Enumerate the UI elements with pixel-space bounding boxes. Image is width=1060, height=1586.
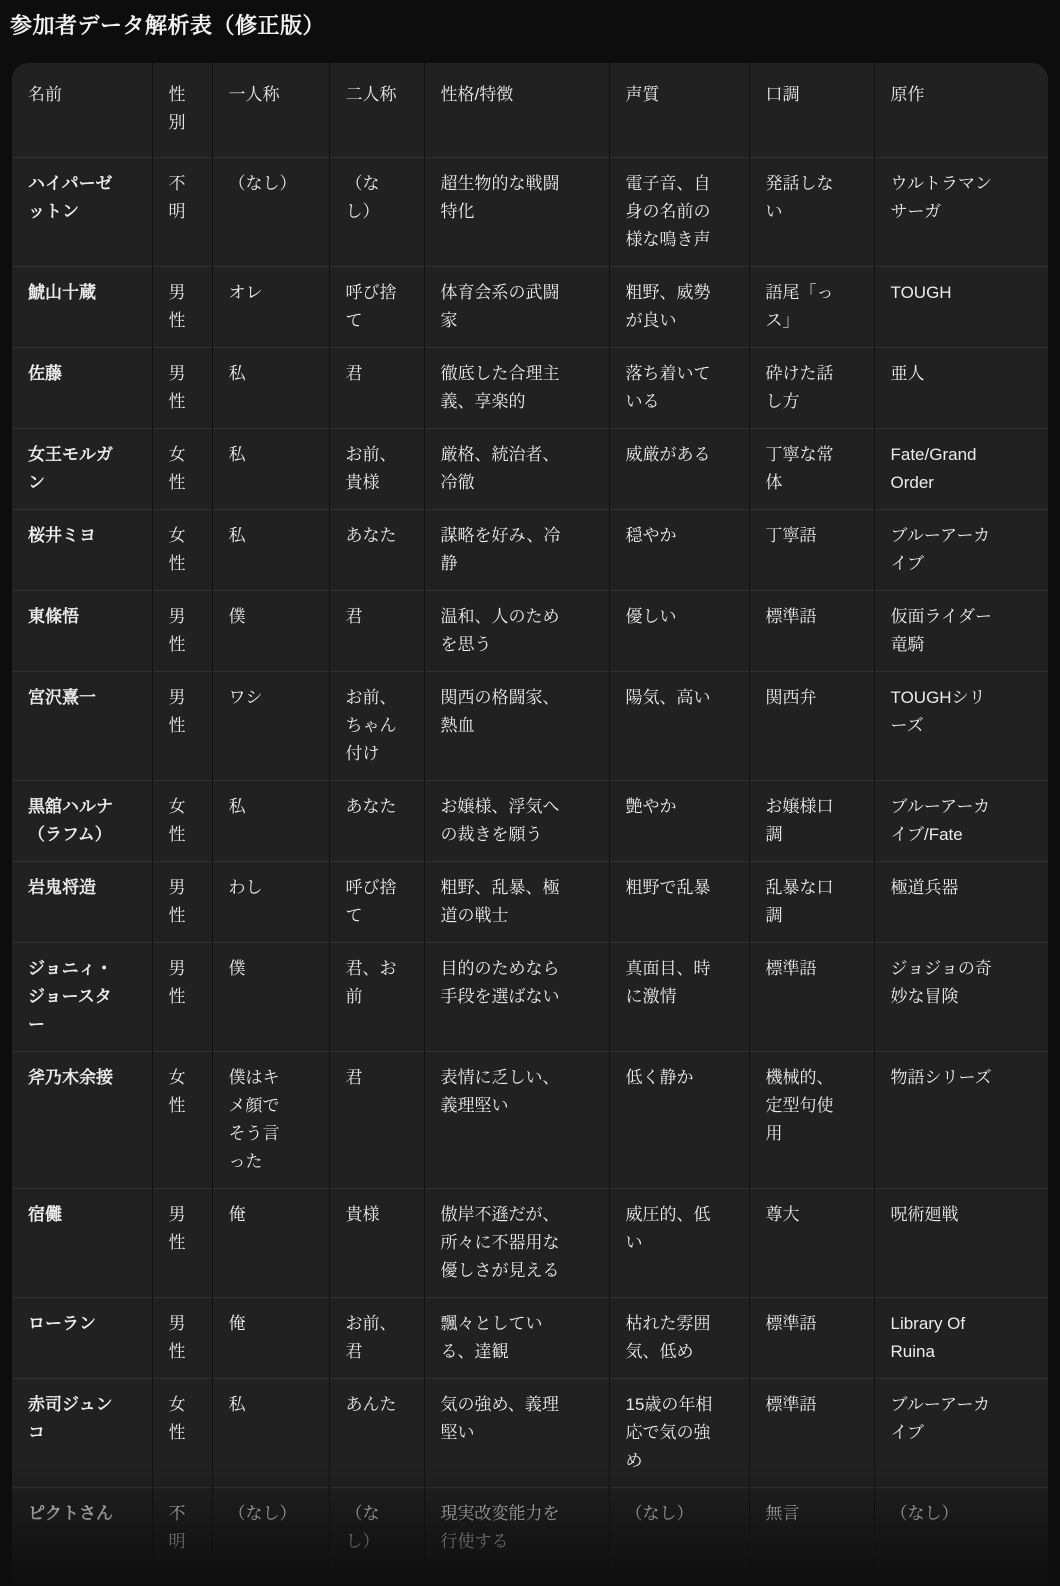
table-cell-name: ジョニィ・ ジョースタ ー (12, 943, 152, 1052)
table-cell-first_person: 僕はキ メ顔で そう言 った (212, 1052, 329, 1189)
table-cell-gender: 女 性 (152, 510, 212, 591)
table-cell-personality: 厳格、統治者、 冷徹 (424, 429, 609, 510)
table-cell-second_person: （な し） (329, 1488, 424, 1569)
table-cell-tone: 語尾「っ ス」 (749, 267, 874, 348)
table-cell-personality: 関西の格闘家、 熱血 (424, 672, 609, 781)
table-cell-voice: 低く静か (609, 1052, 749, 1189)
table-cell-second_person: お前、 貴様 (329, 429, 424, 510)
table-cell-origin: 仮面ライダー 竜騎 (874, 591, 1048, 672)
table-cell-first_person: 俺 (212, 1189, 329, 1298)
table-cell-first_person: 俺 (212, 1298, 329, 1379)
table-row: 宮沢熹一男 性ワシお前、 ちゃん 付け関西の格闘家、 熱血陽気、高い関西弁TOU… (12, 672, 1048, 781)
table-cell-name: 佐藤 (12, 348, 152, 429)
table-cell-origin: TOUGHシリ ーズ (874, 672, 1048, 781)
table-cell-origin: ブルーアーカ イブ (874, 510, 1048, 591)
table-cell-name: 女王モルガ ン (12, 429, 152, 510)
table-cell-gender: 女 性 (152, 781, 212, 862)
table-row: 佐藤男 性私君徹底した合理主 義、享楽的落ち着いて いる砕けた話 し方亜人 (12, 348, 1048, 429)
table-row: ハイパーゼ ットン不 明（なし）（な し）超生物的な戦闘 特化電子音、自 身の名… (12, 158, 1048, 267)
table-cell-personality: 体育会系の武闘 家 (424, 267, 609, 348)
table-cell-tone: 尊大 (749, 1189, 874, 1298)
table-cell-name: 宿儺 (12, 1189, 152, 1298)
table-cell-voice: 15歳の年相 応で気の強 め (609, 1379, 749, 1488)
table-cell-personality: 傲岸不遜だが、 所々に不器用な 優しさが見える (424, 1189, 609, 1298)
data-table-card: 名前性 別一人称二人称性格/特徴声質口調原作 ハイパーゼ ットン不 明（なし）（… (12, 63, 1048, 1585)
table-cell-name: 桜井ミヨ (12, 510, 152, 591)
table-cell-tone: 無言 (749, 1488, 874, 1569)
table-cell-tone: 機械的、 定型句使 用 (749, 1052, 874, 1189)
table-cell-personality: 超生物的な戦闘 特化 (424, 158, 609, 267)
table-row: 岩鬼将造男 性わし呼び捨 て粗野、乱暴、極 道の戦士粗野で乱暴乱暴な口 調極道兵… (12, 862, 1048, 943)
table-cell-voice: 艶やか (609, 781, 749, 862)
table-cell-personality: 気の強め、義理 堅い (424, 1379, 609, 1488)
table-cell-tone: 標準語 (749, 943, 874, 1052)
table-cell-tone: 標準語 (749, 591, 874, 672)
table-cell-tone: 標準語 (749, 1379, 874, 1488)
table-cell-first_person: （なし） (212, 1488, 329, 1569)
table-cell-gender: 男 性 (152, 1189, 212, 1298)
table-cell-origin: ブルーアーカ イブ/Fate (874, 781, 1048, 862)
table-cell-second_person: 君 (329, 1052, 424, 1189)
table-cell-gender: 男 性 (152, 943, 212, 1052)
table-cell-second_person: 君、お 前 (329, 943, 424, 1052)
table-cell-personality: 謀略を好み、冷 静 (424, 510, 609, 591)
table-cell-first_person: 私 (212, 510, 329, 591)
table-cell-gender: 男 性 (152, 1298, 212, 1379)
table-row: 宿儺男 性俺貴様傲岸不遜だが、 所々に不器用な 優しさが見える威圧的、低 い尊大… (12, 1189, 1048, 1298)
table-row: 黒舘ハルナ （ラフム）女 性私あなたお嬢様、浮気へ の裁きを願う艶やかお嬢様口 … (12, 781, 1048, 862)
table-cell-second_person: お前、 君 (329, 1298, 424, 1379)
table-cell-second_person: 貴様 (329, 1189, 424, 1298)
table-cell-second_person: あなた (329, 510, 424, 591)
table-row: 赤司ジュン コ女 性私あんた気の強め、義理 堅い15歳の年相 応で気の強 め標準… (12, 1379, 1048, 1488)
table-cell-origin: （なし） (874, 1488, 1048, 1569)
table-cell-voice: 威圧的、低 い (609, 1189, 749, 1298)
table-cell-tone: 標準語 (749, 1298, 874, 1379)
table-cell-personality: お嬢様、浮気へ の裁きを願う (424, 781, 609, 862)
table-cell-name: 宮沢熹一 (12, 672, 152, 781)
table-cell-personality: 現実改変能力を 行使する (424, 1488, 609, 1569)
table-cell-gender: 不 明 (152, 158, 212, 267)
table-cell-personality: 徹底した合理主 義、享楽的 (424, 348, 609, 429)
table-cell-first_person: 私 (212, 781, 329, 862)
table-header-row: 名前性 別一人称二人称性格/特徴声質口調原作 (12, 63, 1048, 158)
table-cell-personality: 温和、人のため を思う (424, 591, 609, 672)
table-row: ローラン男 性俺お前、 君飄々としてい る、達観枯れた雰囲 気、低め標準語Lib… (12, 1298, 1048, 1379)
table-cell-first_person: ワシ (212, 672, 329, 781)
table-cell-gender: 男 性 (152, 348, 212, 429)
table-cell-personality: 表情に乏しい、 義理堅い (424, 1052, 609, 1189)
table-cell-voice: 穏やか (609, 510, 749, 591)
column-header-first_person: 一人称 (212, 63, 329, 158)
table-cell-name: 斧乃木余接 (12, 1052, 152, 1189)
table-cell-origin: 呪術廻戦 (874, 1189, 1048, 1298)
table-cell-voice: 落ち着いて いる (609, 348, 749, 429)
table-cell-personality: 目的のためなら 手段を選ばない (424, 943, 609, 1052)
table-cell-voice: （なし） (609, 1488, 749, 1569)
table-cell-origin: 極道兵器 (874, 862, 1048, 943)
table-cell-origin: 物語シリーズ (874, 1052, 1048, 1189)
table-cell-gender: 女 性 (152, 429, 212, 510)
table-cell-first_person: （なし） (212, 158, 329, 267)
table-cell-origin: Library Of Ruina (874, 1298, 1048, 1379)
table-cell-first_person: オレ (212, 267, 329, 348)
table-cell-voice: 粗野、威勢 が良い (609, 267, 749, 348)
table-cell-name: 鯱山十蔵 (12, 267, 152, 348)
table-cell-first_person: わし (212, 862, 329, 943)
table-cell-origin: Fate/Grand Order (874, 429, 1048, 510)
table-cell-gender: 男 性 (152, 672, 212, 781)
table-cell-tone: 乱暴な口 調 (749, 862, 874, 943)
table-cell-origin: ジョジョの奇 妙な冒険 (874, 943, 1048, 1052)
table-cell-gender: 男 性 (152, 267, 212, 348)
table-cell-name: 黒舘ハルナ （ラフム） (12, 781, 152, 862)
table-cell-name: 岩鬼将造 (12, 862, 152, 943)
table-row: 鯱山十蔵男 性オレ呼び捨 て体育会系の武闘 家粗野、威勢 が良い語尾「っ ス」T… (12, 267, 1048, 348)
table-cell-voice: 枯れた雰囲 気、低め (609, 1298, 749, 1379)
table-cell-name: ピクトさん (12, 1488, 152, 1569)
table-cell-voice: 電子音、自 身の名前の 様な鳴き声 (609, 158, 749, 267)
table-cell-voice: 優しい (609, 591, 749, 672)
table-cell-first_person: 僕 (212, 591, 329, 672)
table-header: 名前性 別一人称二人称性格/特徴声質口調原作 (12, 63, 1048, 158)
table-cell-first_person: 私 (212, 348, 329, 429)
table-cell-voice: 威厳がある (609, 429, 749, 510)
table-cell-tone: 関西弁 (749, 672, 874, 781)
table-cell-second_person: お前、 ちゃん 付け (329, 672, 424, 781)
table-cell-name: ハイパーゼ ットン (12, 158, 152, 267)
table-cell-origin: TOUGH (874, 267, 1048, 348)
participant-data-table: 名前性 別一人称二人称性格/特徴声質口調原作 ハイパーゼ ットン不 明（なし）（… (12, 63, 1048, 1568)
column-header-gender: 性 別 (152, 63, 212, 158)
table-cell-tone: 砕けた話 し方 (749, 348, 874, 429)
table-row: 斧乃木余接女 性僕はキ メ顔で そう言 った君表情に乏しい、 義理堅い低く静か機… (12, 1052, 1048, 1189)
table-row: 桜井ミヨ女 性私あなた謀略を好み、冷 静穏やか丁寧語ブルーアーカ イブ (12, 510, 1048, 591)
table-cell-second_person: あんた (329, 1379, 424, 1488)
table-cell-origin: ウルトラマン サーガ (874, 158, 1048, 267)
column-header-name: 名前 (12, 63, 152, 158)
table-cell-gender: 男 性 (152, 862, 212, 943)
table-cell-personality: 粗野、乱暴、極 道の戦士 (424, 862, 609, 943)
table-cell-personality: 飄々としてい る、達観 (424, 1298, 609, 1379)
table-cell-tone: 発話しな い (749, 158, 874, 267)
table-cell-voice: 陽気、高い (609, 672, 749, 781)
table-row: ジョニィ・ ジョースタ ー男 性僕君、お 前目的のためなら 手段を選ばない真面目… (12, 943, 1048, 1052)
column-header-voice: 声質 (609, 63, 749, 158)
table-row: 女王モルガ ン女 性私お前、 貴様厳格、統治者、 冷徹威厳がある丁寧な常 体Fa… (12, 429, 1048, 510)
table-cell-first_person: 私 (212, 429, 329, 510)
table-cell-second_person: （な し） (329, 158, 424, 267)
table-cell-tone: 丁寧な常 体 (749, 429, 874, 510)
table-cell-name: 東條悟 (12, 591, 152, 672)
page-title: 参加者データ解析表（修正版） (0, 0, 1060, 63)
table-row: ピクトさん不 明（なし）（な し）現実改変能力を 行使する（なし）無言（なし） (12, 1488, 1048, 1569)
table-cell-gender: 不 明 (152, 1488, 212, 1569)
table-cell-second_person: 君 (329, 348, 424, 429)
table-cell-second_person: 呼び捨 て (329, 862, 424, 943)
table-cell-origin: 亜人 (874, 348, 1048, 429)
table-cell-name: ローラン (12, 1298, 152, 1379)
table-cell-first_person: 私 (212, 1379, 329, 1488)
table-cell-voice: 粗野で乱暴 (609, 862, 749, 943)
table-cell-second_person: あなた (329, 781, 424, 862)
column-header-second_person: 二人称 (329, 63, 424, 158)
table-cell-name: 赤司ジュン コ (12, 1379, 152, 1488)
table-cell-tone: 丁寧語 (749, 510, 874, 591)
table-cell-second_person: 君 (329, 591, 424, 672)
table-cell-second_person: 呼び捨 て (329, 267, 424, 348)
column-header-personality: 性格/特徴 (424, 63, 609, 158)
table-cell-gender: 女 性 (152, 1052, 212, 1189)
table-cell-gender: 男 性 (152, 591, 212, 672)
table-cell-tone: お嬢様口 調 (749, 781, 874, 862)
column-header-tone: 口調 (749, 63, 874, 158)
table-body: ハイパーゼ ットン不 明（なし）（な し）超生物的な戦闘 特化電子音、自 身の名… (12, 158, 1048, 1569)
table-cell-voice: 真面目、時 に激情 (609, 943, 749, 1052)
column-header-origin: 原作 (874, 63, 1048, 158)
table-cell-gender: 女 性 (152, 1379, 212, 1488)
table-cell-first_person: 僕 (212, 943, 329, 1052)
table-row: 東條悟男 性僕君温和、人のため を思う優しい標準語仮面ライダー 竜騎 (12, 591, 1048, 672)
table-cell-origin: ブルーアーカ イブ (874, 1379, 1048, 1488)
